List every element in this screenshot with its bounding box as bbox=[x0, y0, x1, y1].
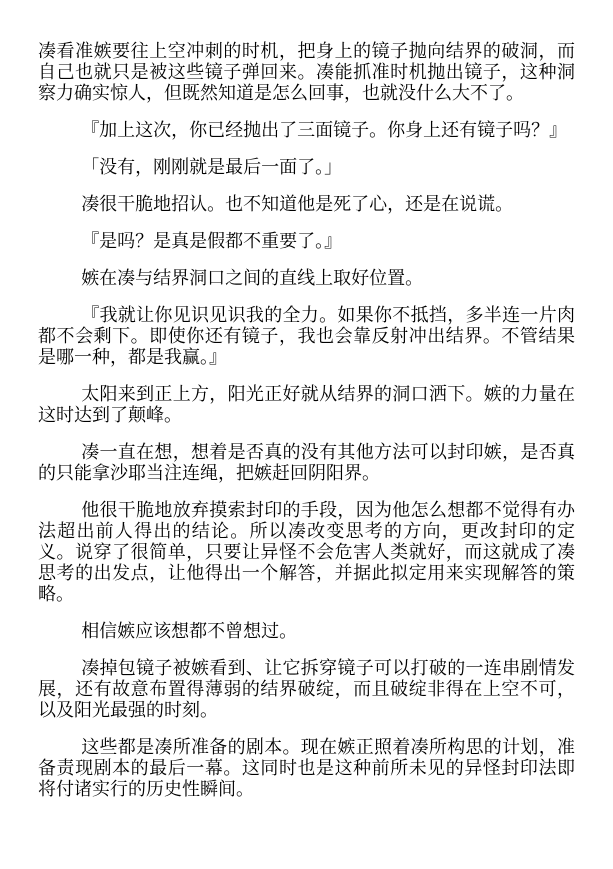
paragraph: 太阳来到正上方，阳光正好就从结界的洞口洒下。嫉的力量在这时达到了颠峰。 bbox=[38, 384, 575, 426]
paragraph: 凑掉包镜子被嫉看到、让它拆穿镜子可以打破的一连串剧情发展，还有故意布置得薄弱的结… bbox=[38, 658, 575, 721]
paragraph: 他很干脆地放弃摸索封印的手段，因为他怎么想都不觉得有办法超出前人得出的结论。所以… bbox=[38, 500, 575, 605]
paragraph: 凑看准嫉要往上空冲刺的时机，把身上的镜子抛向结界的破洞，而自己也就只是被这些镜子… bbox=[38, 41, 575, 104]
dialogue-paragraph: 『是吗？是真是假都不重要了。』 bbox=[38, 231, 575, 252]
paragraph: 凑很干脆地招认。也不知道他是死了心，还是在说谎。 bbox=[38, 194, 575, 215]
paragraph: 相信嫉应该想都不曾想过。 bbox=[38, 621, 575, 642]
paragraph: 凑一直在想，想着是否真的没有其他方法可以封印嫉，是否真的只能拿沙耶当注连绳，把嫉… bbox=[38, 442, 575, 484]
dialogue-paragraph: 『我就让你见识见识我的全力。如果你不抵挡，多半连一片肉都不会剩下。即使你还有镜子… bbox=[38, 305, 575, 368]
novel-page: 凑看准嫉要往上空冲刺的时机，把身上的镜子抛向结界的破洞，而自己也就只是被这些镜子… bbox=[0, 0, 613, 869]
text-body: 凑看准嫉要往上空冲刺的时机，把身上的镜子抛向结界的破洞，而自己也就只是被这些镜子… bbox=[38, 41, 575, 800]
paragraph: 嫉在凑与结界洞口之间的直线上取好位置。 bbox=[38, 268, 575, 289]
paragraph: 这些都是凑所准备的剧本。现在嫉正照着凑所构思的计划，准备责现剧本的最后一幕。这同… bbox=[38, 737, 575, 800]
dialogue-paragraph: 『加上这次，你已经抛出了三面镜子。你身上还有镜子吗？』 bbox=[38, 120, 575, 141]
dialogue-paragraph: 「没有，刚刚就是最后一面了。」 bbox=[38, 157, 575, 178]
